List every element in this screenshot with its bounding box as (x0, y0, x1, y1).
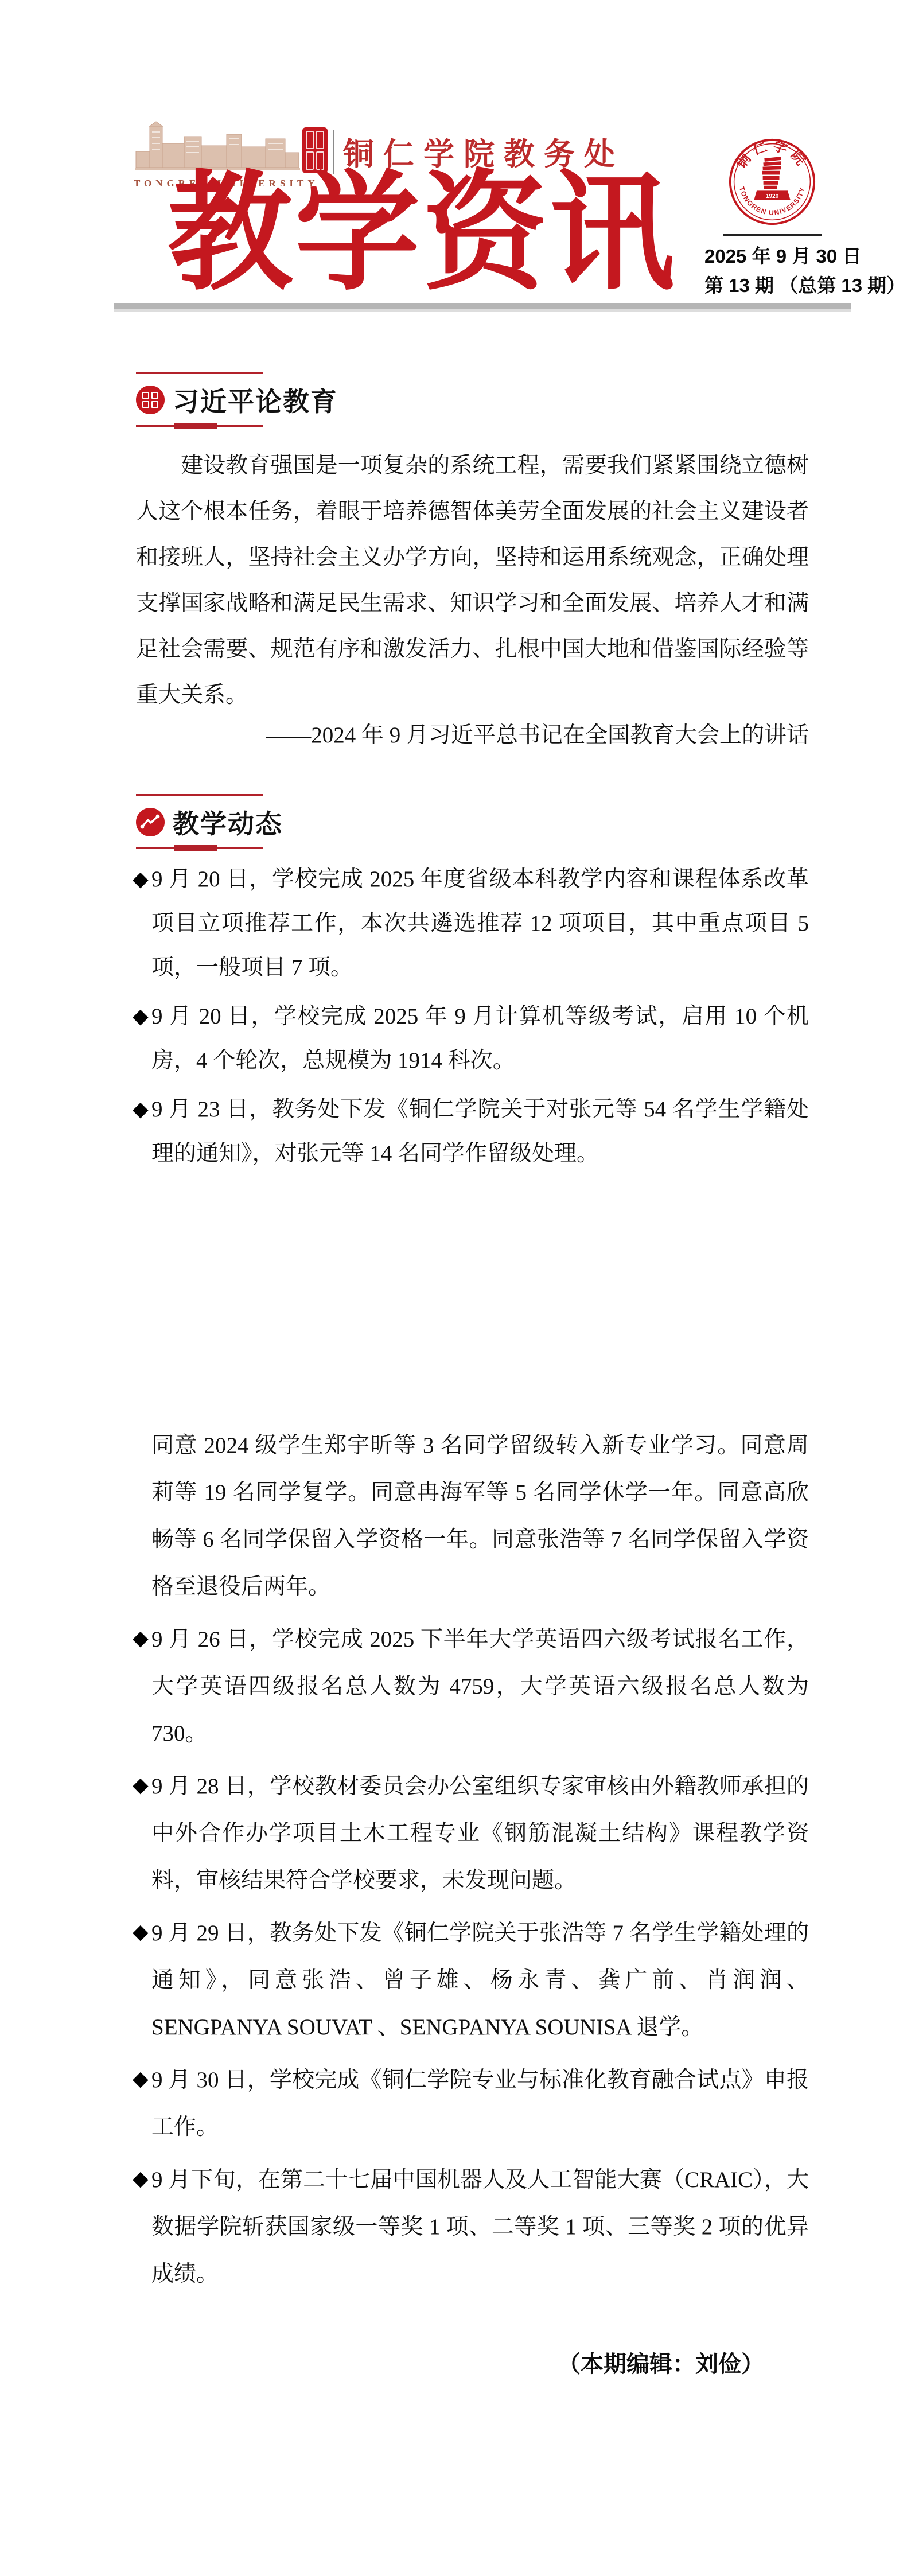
masthead-title: 教学资讯 (168, 169, 677, 301)
section-title: 教学动态 (173, 803, 283, 841)
quote-attribution: ——2024 年 9 月习近平总书记在全国教育大会上的讲话 (136, 721, 809, 750)
section-rule-bottom (136, 425, 263, 427)
header-separator-rule (114, 303, 851, 312)
section-rule-bottom (136, 847, 263, 849)
news-list-page1: 9 月 20 日，学校完成 2025 年度省级本科教学内容和课程体系改革项目立项… (136, 857, 809, 1176)
quote-paragraph: 建设教育强国是一项复杂的系统工程，需要我们紧紧围绕立德树人这个根本任务，着眼于培… (136, 443, 809, 718)
news-list-page2: 同意 2024 级学生郑宇昕等 3 名同学留级转入新专业学习。同意周莉等 19 … (136, 1422, 809, 2298)
section-title-row: 教学动态 (136, 803, 263, 841)
section-title: 习近平论教育 (173, 381, 338, 419)
masthead: TONGREN UNIVERSITY 铜仁学院教务处 教学资讯 铜仁学院 TON… (0, 0, 911, 321)
section-rule-top (136, 372, 263, 374)
grid-icon (136, 386, 165, 414)
editor-credit: （本期编辑：刘俭） (136, 2346, 809, 2379)
news-item: 9 月 26 日，学校完成 2025 下半年大学英语四六级考试报名工作，大学英语… (136, 1616, 809, 1757)
news-item: 9 月下旬，在第二十七届中国机器人及人工智能大赛（CRAIC），大数据学院斩获国… (136, 2157, 809, 2298)
news-item: 9 月 29 日，教务处下发《铜仁学院关于张浩等 7 名学生学籍处理的通知》，同… (136, 1910, 809, 2051)
issue-underline (723, 234, 822, 236)
emblem-year: 1920 (766, 193, 779, 200)
section-header-quotes: 习近平论教育 (136, 372, 263, 427)
section-header-news: 教学动态 (136, 794, 263, 849)
news-item: 9 月 30 日，学校完成《铜仁学院专业与标准化教育融合试点》申报工作。 (136, 2057, 809, 2151)
university-emblem-icon: 铜仁学院 TONGREN UNIVERSITY 1920 (728, 138, 816, 226)
content-column: 习近平论教育 建设教育强国是一项复杂的系统工程，需要我们紧紧围绕立德树人这个根本… (0, 372, 911, 2379)
svg-text:TONGREN UNIVERSITY: TONGREN UNIVERSITY (738, 186, 807, 217)
issue-date: 2025 年 9 月 30 日 (704, 242, 840, 271)
trend-line-icon (136, 808, 165, 836)
news-item: 9 月 23 日，教务处下发《铜仁学院关于对张元等 54 名学生学籍处理的通知》… (136, 1087, 809, 1176)
issue-number: 第 13 期 （总第 13 期） (704, 271, 840, 300)
issue-info-block: 铜仁学院 TONGREN UNIVERSITY 1920 (704, 138, 840, 300)
section-rule-top (136, 794, 263, 796)
newsletter-page: TONGREN UNIVERSITY 铜仁学院教务处 教学资讯 铜仁学院 TON… (0, 0, 911, 2576)
news-item: 9 月 28 日，学校教材委员会办公室组织专家审核由外籍教师承担的中外合作办学项… (136, 1763, 809, 1904)
news-item-continuation: 同意 2024 级学生郑宇昕等 3 名同学留级转入新专业学习。同意周莉等 19 … (136, 1422, 809, 1610)
news-item: 9 月 20 日，学校完成 2025 年 9 月计算机等级考试，启用 10 个机… (136, 994, 809, 1083)
news-item: 9 月 20 日，学校完成 2025 年度省级本科教学内容和课程体系改革项目立项… (136, 857, 809, 990)
section-title-row: 习近平论教育 (136, 381, 263, 419)
page-break-gap (136, 1180, 809, 1414)
